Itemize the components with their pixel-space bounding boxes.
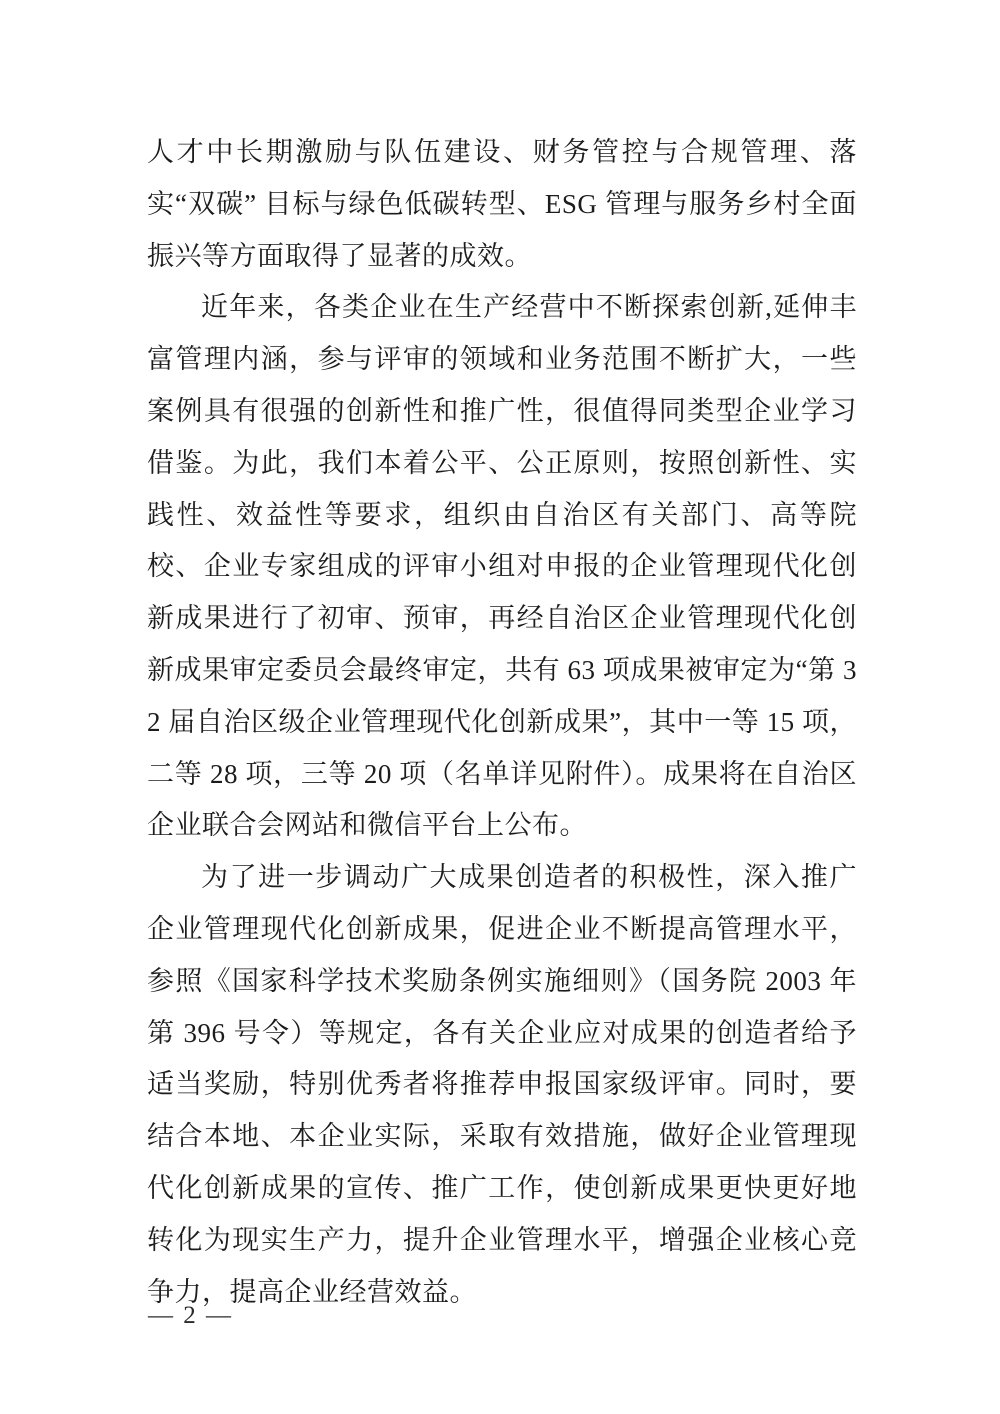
document-body: 人才中长期激励与队伍建设、财务管控与合规管理、落实“双碳” 目标与绿色低碳转型、…: [147, 127, 857, 1318]
paragraph-review-process: 近年来，各类企业在生产经营中不断探索创新,延伸丰富管理内涵，参与评审的领域和业务…: [147, 282, 857, 852]
document-page: 人才中长期激励与队伍建设、财务管控与合规管理、落实“双碳” 目标与绿色低碳转型、…: [0, 0, 1000, 1414]
paragraph-award-promotion: 为了进一步调动广大成果创造者的积极性，深入推广企业管理现代化创新成果，促进企业不…: [147, 852, 857, 1318]
paragraph-continuation: 人才中长期激励与队伍建设、财务管控与合规管理、落实“双碳” 目标与绿色低碳转型、…: [147, 127, 857, 282]
page-number: — 2 —: [148, 1302, 233, 1330]
